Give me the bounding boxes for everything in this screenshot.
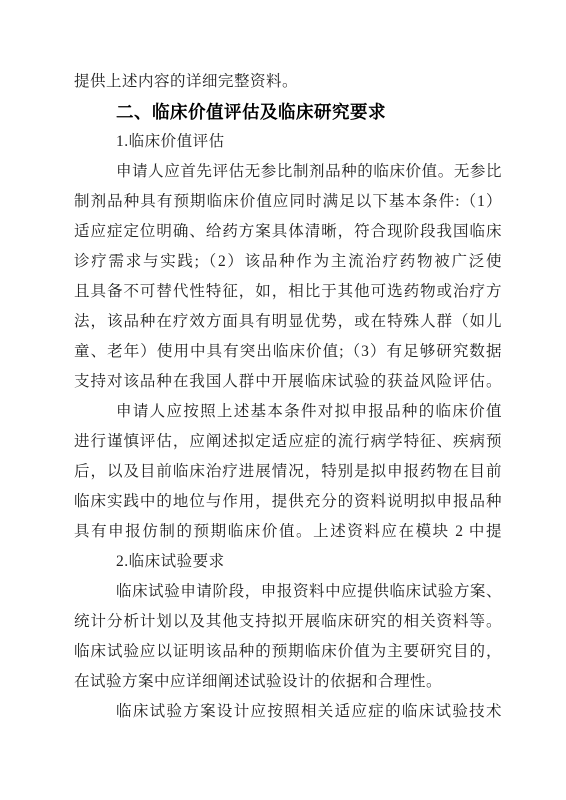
paragraph-line: 申请人应按照上述基本条件对拟申报品种的临床价值 xyxy=(74,397,502,427)
subsection-heading-1: 1.临床价值评估 xyxy=(74,127,502,157)
paragraph-line: 适应症定位明确、给药方案具体清晰，符合现阶段我国临床 xyxy=(74,217,502,247)
paragraph-line: 临床试验申请阶段，申报资料中应提供临床试验方案、 xyxy=(74,577,502,607)
paragraph-line: 在试验方案中应详细阐述试验设计的依据和合理性。 xyxy=(74,667,502,697)
paragraph-line: 制剂品种具有预期临床价值应同时满足以下基本条件:（1） xyxy=(74,187,502,217)
paragraph-line: 具有申报仿制的预期临床价值。上述资料应在模块 2 中提交。 xyxy=(74,517,502,547)
paragraph-line: 进行谨慎评估，应阐述拟定适应症的流行病学特征、疾病预 xyxy=(74,427,502,457)
paragraph-line: 申请人应首先评估无参比制剂品种的临床价值。无参比 xyxy=(74,157,502,187)
paragraph-line: 临床试验方案设计应按照相关适应症的临床试验技术 xyxy=(74,697,502,727)
paragraph-line: 法，该品种在疗效方面具有明显优势，或在特殊人群（如儿 xyxy=(74,307,502,337)
paragraph-line: 后，以及目前临床治疗进展情况，特别是拟申报药物在目前 xyxy=(74,457,502,487)
paragraph-line: 临床实践中的地位与作用，提供充分的资料说明拟申报品种 xyxy=(74,487,502,517)
paragraph-line: 统计分析计划以及其他支持拟开展临床研究的相关资料等。 xyxy=(74,607,502,637)
paragraph-line: 支持对该品种在我国人群中开展临床试验的获益风险评估。 xyxy=(74,367,502,397)
subsection-heading-2: 2.临床试验要求 xyxy=(74,547,502,577)
document-page: 提供上述内容的详细完整资料。 二、临床价值评估及临床研究要求 1.临床价值评估 … xyxy=(0,0,566,800)
paragraph-line: 童、老年）使用中具有突出临床价值;（3）有足够研究数据 xyxy=(74,337,502,367)
section-heading: 二、临床价值评估及临床研究要求 xyxy=(74,97,502,127)
paragraph-line: 诊疗需求与实践;（2）该品种作为主流治疗药物被广泛使用， xyxy=(74,247,502,277)
paragraph-line: 临床试验应以证明该品种的预期临床价值为主要研究目的， xyxy=(74,637,502,667)
text-column: 提供上述内容的详细完整资料。 二、临床价值评估及临床研究要求 1.临床价值评估 … xyxy=(74,67,502,727)
paragraph-line: 且具备不可替代性特征，如，相比于其他可选药物或治疗方 xyxy=(74,277,502,307)
paragraph-line: 提供上述内容的详细完整资料。 xyxy=(74,67,502,97)
